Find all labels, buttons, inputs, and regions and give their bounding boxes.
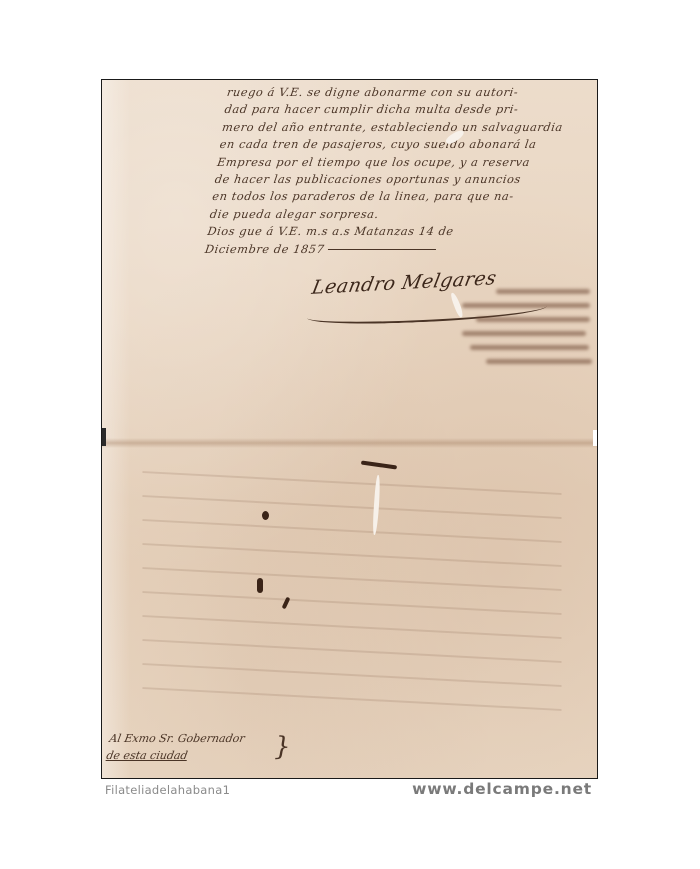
letter-line: en todos los paraderos de la linea, para…: [211, 188, 593, 205]
addressee-line: Al Exmo Sr. Gobernador: [108, 730, 246, 747]
letter-line: ruego á V.E. se digne abonarme con su au…: [226, 84, 598, 101]
fold-edge-right: [593, 430, 597, 446]
paper-edge-highlight: [102, 80, 130, 778]
letter-line: en cada tren de pasajeros, cuyo sueldo a…: [218, 136, 598, 153]
letter-line: de hacer las publicaciones oportunas y a…: [214, 171, 596, 188]
document-scan: ruego á V.E. se digne abonarme con su au…: [101, 79, 598, 779]
seller-name[interactable]: Filateliadelahabana1: [105, 783, 230, 797]
letter-line: Empresa por el tiempo que los ocupe, y a…: [216, 154, 598, 171]
letter-closing: Dios gue á V.E. m.s a.s Matanzas 14 de: [206, 223, 588, 240]
fold-crease: [102, 438, 597, 448]
letter-line: dad para hacer cumplir dicha multa desde…: [223, 101, 598, 118]
brace-mark: }: [272, 734, 293, 760]
bleed-through-upper: [462, 280, 597, 410]
bleed-through-lower: [142, 460, 562, 720]
addressee-block: Al Exmo Sr. Gobernador de esta ciudad }: [105, 730, 246, 764]
addressee-line: de esta ciudad: [105, 747, 243, 764]
ink-stain: [257, 578, 263, 593]
site-watermark: www.delcampe.net: [412, 780, 592, 798]
letter-line: die pueda alegar sorpresa.: [209, 206, 591, 223]
letter-body: ruego á V.E. se digne abonarme con su au…: [204, 84, 598, 258]
fold-edge-left: [102, 428, 106, 446]
image-caption: Filateliadelahabana1 www.delcampe.net: [101, 780, 598, 802]
ink-stain: [262, 511, 269, 520]
letter-date: Diciembre de 1857: [204, 241, 586, 258]
letter-line: mero del año entrante, estableciendo un …: [221, 119, 598, 136]
